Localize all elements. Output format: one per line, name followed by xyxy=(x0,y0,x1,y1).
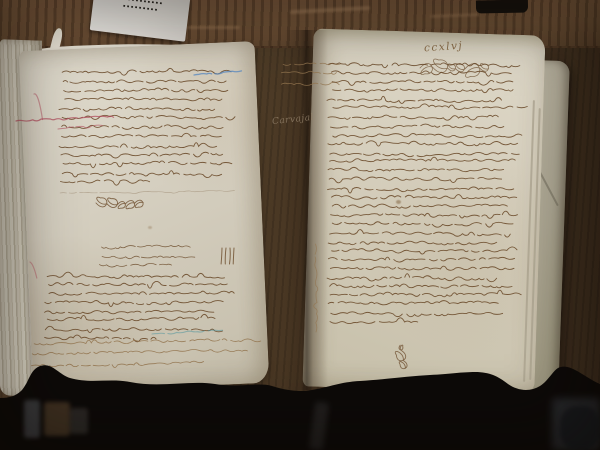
background-box-shape xyxy=(70,408,88,434)
dark-object-on-table xyxy=(476,0,528,13)
ink-stain-dot xyxy=(148,226,152,229)
wood-scratch-streak xyxy=(180,26,240,29)
corner-dark-silhouette xyxy=(560,406,600,450)
manuscript-photo-scene: ▪▪▪▪▪▪▪▪▪▪▪ ▪▪▪▪▪▪▪▪▪ ccxlvj Carvajal xyxy=(0,0,600,450)
left-manuscript-page xyxy=(19,41,270,393)
book-gutter-shadow xyxy=(284,30,328,390)
tab-printed-marks: ▪▪▪▪▪▪▪▪▪▪▪ ▪▪▪▪▪▪▪▪▪ xyxy=(93,0,191,18)
right-manuscript-page xyxy=(302,28,545,393)
ink-stain-dot xyxy=(396,200,401,204)
background-box-shape xyxy=(44,402,70,436)
background-box-shape xyxy=(24,400,40,438)
